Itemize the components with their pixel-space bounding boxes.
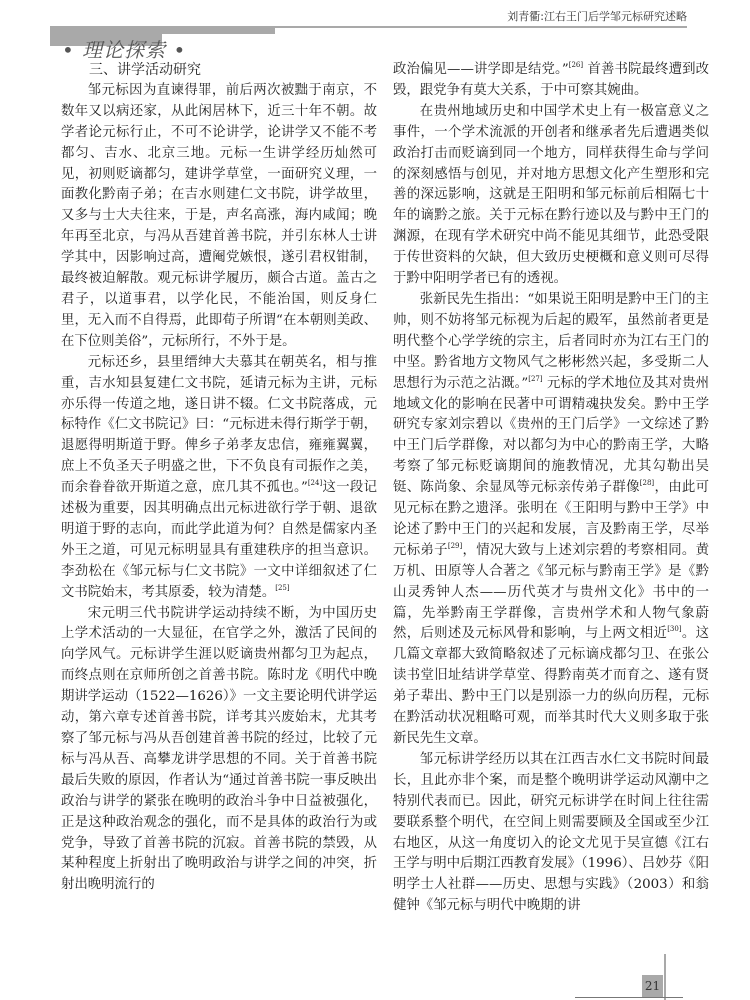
citation-ref: [30] (667, 625, 681, 633)
right-column: 政治偏见——讲学即是结党。”[26] 首善书院最终遭到改毁，跟党争有莫大关系，于… (393, 60, 709, 917)
paragraph: 邹元标讲学经历以其在江西吉水仁文书院时间最长，且此亦非个案，而是整个晚明讲学运动… (393, 750, 709, 917)
paragraph: 元标还乡，县里缙绅大夫慕其在朝英名，相与推重，吉水知县复建仁文书院，延请元标为主… (61, 353, 377, 604)
section-tag: • 理论探索 • (62, 34, 186, 63)
paragraph: 在贵州地域历史和中国学术史上有一极富意义之事件，一个学术流派的开创者和继承者先后… (393, 102, 709, 290)
citation-ref: [28] (640, 479, 654, 487)
citation-ref: [29] (448, 542, 462, 550)
paragraph: 宋元明三代书院讲学运动持续不断，为中国历史上学术活动的一大显征，在官学之外，激活… (61, 604, 377, 897)
paragraph: 张新民先生指出：“如果说王阳明是黔中王门的主帅，则不妨将邹元标视为后起的殿军，虽… (393, 290, 709, 750)
page-number: 21 (642, 975, 663, 997)
citation-ref: [24] (308, 479, 322, 487)
footer-vertical-rule (664, 954, 666, 1000)
citation-ref: [27] (528, 375, 542, 383)
paragraph-continuation: 政治偏见——讲学即是结党。”[26] 首善书院最终遭到改毁，跟党争有莫大关系，于… (393, 60, 709, 102)
paragraph-text: 元标还乡，县里缙绅大夫慕其在朝英名，相与推重，吉水知县复建仁文书院，延请元标为主… (61, 355, 377, 495)
paragraph-text: 政治偏见——讲学即是结党。” (393, 62, 569, 77)
footer-horizontal-rule (575, 997, 683, 998)
paragraph: 邹元标因为直谏得罪，前后两次被黜于南京，不数年又以病还家，从此闲居林下，近三十年… (61, 81, 377, 353)
running-head: 刘青衢:江右王门后学邹元标研究述略 (507, 8, 687, 24)
section-heading: 三、讲学活动研究 (61, 60, 377, 81)
citation-ref: [25] (275, 584, 289, 592)
citation-ref: [26] (569, 61, 583, 69)
paragraph-text: 元标的学术地位及其对贵州地域文化的影响在民著中可谓精魂抉发矣。黔中王学研究专家刘… (393, 376, 709, 496)
paragraph-text: 。这几篇文章都大致简略叙述了元标谪戍都匀卫、在张公读书堂旧址结讲学草堂、得黔南英… (393, 626, 709, 746)
paragraph-text: 这一段记述极为重要，因其明确点出元标进欲行学于朝、退欲明道于野的志向，而此学此道… (61, 480, 377, 600)
left-column: 三、讲学活动研究 邹元标因为直谏得罪，前后两次被黜于南京，不数年又以病还家，从此… (61, 60, 377, 896)
